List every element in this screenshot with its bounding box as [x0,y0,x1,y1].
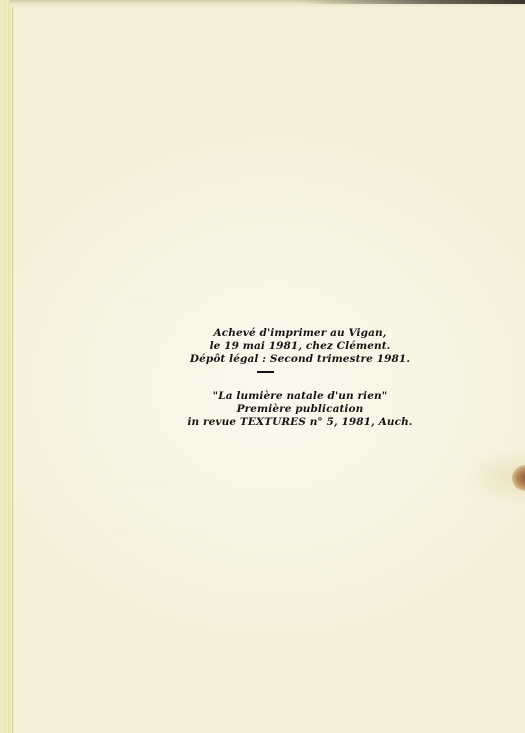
bleed-through-text: · · · · · · · · · · · · · · · [133,297,207,306]
bleed-through-text: · · · · · · · · · · · · · · · · · · [113,527,202,536]
journal-reference-line: in revue TEXTURES n° 5, 1981, Auch. [180,416,420,429]
publication-info: "La lumière natale d'un rien" Première p… [180,390,420,429]
first-publication-line: Première publication [180,403,420,416]
printer-line: Achevé d'imprimer au Vigan, [180,327,420,340]
paper-stain [512,465,525,491]
bleed-through-text: · · · · · · · · · · · · · · · · · · · · [93,477,192,486]
separator-rule [257,371,274,373]
print-date-line: le 19 mai 1981, chez Clément. [180,340,420,353]
document-page: · · · · · · · · · · · · · · · · · · · · … [12,7,525,733]
legal-deposit-line: Dépôt légal : Second trimestre 1981. [180,353,420,366]
work-title-line: "La lumière natale d'un rien" [180,390,420,403]
top-edge-shadow [300,0,525,4]
printing-info: Achevé d'imprimer au Vigan, le 19 mai 19… [180,327,420,366]
